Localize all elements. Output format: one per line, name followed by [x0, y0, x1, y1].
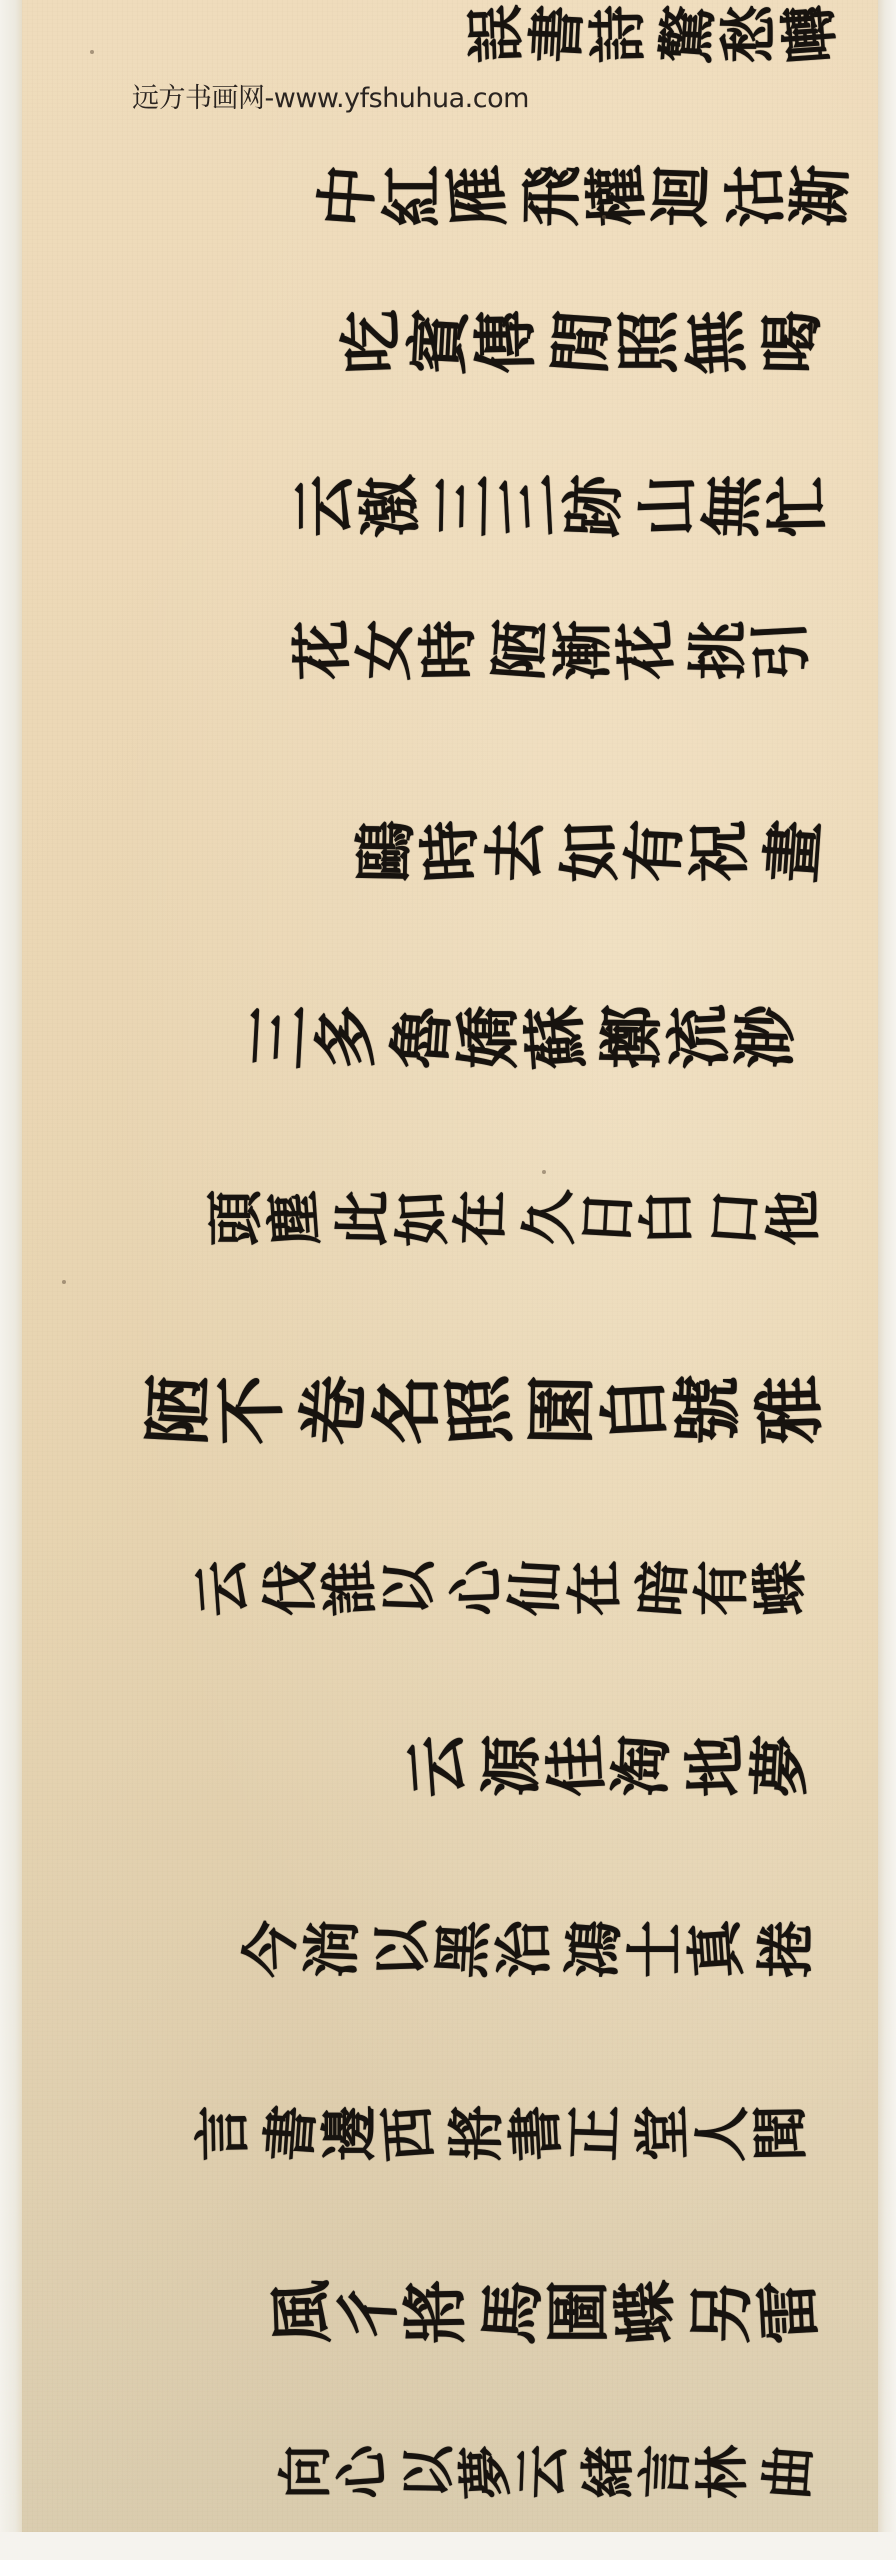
calligraphy-character: 治 — [494, 1920, 553, 1979]
calligraphy-line: 囀愁驚詩書誤 — [22, 0, 878, 78]
calligraphy-character: 時 — [418, 818, 483, 883]
calligraphy-character: 久 — [520, 1189, 578, 1247]
calligraphy-character: 捲 — [756, 1920, 815, 1979]
calligraphy-character: 喝 — [760, 309, 825, 374]
calligraphy-glyph-group: 渺流擲蘇嬌魯多三 — [248, 990, 802, 1084]
calligraphy-character: 花 — [292, 619, 354, 681]
calligraphy-line: 畫祝有如去時鷗 — [22, 805, 878, 897]
calligraphy-character: 云 — [193, 1558, 253, 1618]
calligraphy-character: 吃 — [340, 309, 406, 375]
calligraphy-character: 真 — [685, 1918, 747, 1980]
calligraphy-character: 照 — [618, 310, 682, 374]
calligraphy-glyph-group: 忙無山跡三三激云 — [294, 460, 832, 552]
calligraphy-character: 有 — [622, 818, 687, 883]
scroll-mount-bottom-border — [0, 2532, 896, 2560]
calligraphy-character: 源 — [480, 1735, 543, 1798]
calligraphy-character: 將 — [404, 2279, 469, 2344]
calligraphy-character: 淌 — [302, 1919, 362, 1979]
calligraphy-character: 地 — [684, 1734, 748, 1798]
calligraphy-character: 囀 — [779, 3, 841, 65]
calligraphy-character: 傳 — [474, 309, 539, 374]
calligraphy-line: 雷另蝶圖馬將彳風 — [22, 2265, 878, 2359]
calligraphy-character: 另 — [690, 2279, 755, 2344]
calligraphy-glyph-group: 他口白日久在如此塵頭 — [208, 1175, 822, 1261]
calligraphy-character: 蝶 — [751, 1558, 811, 1618]
calligraphy-character: 多 — [314, 1004, 379, 1069]
calligraphy-character: 園 — [526, 1374, 597, 1445]
calligraphy-character: 緒 — [580, 2444, 636, 2500]
calligraphy-character: 佳 — [544, 1733, 609, 1798]
calligraphy-character: 以 — [372, 1919, 432, 1979]
paper-speck — [62, 1280, 66, 1284]
calligraphy-character: 蝶 — [613, 2278, 681, 2346]
calligraphy-character: 如 — [393, 1189, 452, 1248]
calligraphy-character: 書 — [261, 2103, 321, 2163]
calligraphy-character: 時 — [418, 620, 479, 681]
calligraphy-character: 黑 — [432, 1919, 493, 1980]
calligraphy-line: 捲真士鴻治黑以淌今 — [22, 1905, 878, 1993]
calligraphy-character: 今 — [240, 1919, 301, 1980]
calligraphy-character: 陋 — [489, 618, 553, 682]
calligraphy-character: 云 — [294, 475, 356, 537]
calligraphy-character: 祝 — [688, 820, 751, 883]
calligraphy-character: 畫 — [761, 818, 827, 884]
calligraphy-character: 向 — [278, 2445, 332, 2499]
calligraphy-character: 三 — [246, 1003, 313, 1070]
calligraphy-character: 去 — [484, 819, 548, 883]
calligraphy-glyph-group: 聞人堂正書將西邊書言 — [198, 2090, 812, 2176]
calligraphy-line: 喝無照閒傳賓吃 — [22, 295, 878, 389]
calligraphy-glyph-group: 畫祝有如去時鷗 — [352, 805, 822, 897]
calligraphy-line: 聞人堂正書將西邊書言 — [22, 2090, 878, 2176]
calligraphy-character: 如 — [558, 819, 622, 883]
calligraphy-glyph-group: 囀愁驚詩書誤 — [464, 0, 842, 78]
calligraphy-character: 夢 — [748, 1733, 813, 1798]
calligraphy-character: 引 — [750, 618, 813, 681]
calligraphy-character: 人 — [693, 2104, 752, 2163]
calligraphy-character: 愁 — [720, 5, 778, 63]
calligraphy-line: 雅號自園照名卷不陋 — [22, 1360, 878, 1460]
calligraphy-character: 照 — [443, 1373, 518, 1448]
calligraphy-character: 有 — [694, 1560, 750, 1616]
calligraphy-character: 書 — [507, 2104, 566, 2163]
calligraphy-character: 將 — [449, 2105, 506, 2162]
calligraphy-character: 雁 — [445, 163, 511, 229]
calligraphy-line: 澌沽迴權飛雁紅中 — [22, 150, 878, 242]
calligraphy-line: 他口白日久在如此塵頭 — [22, 1175, 878, 1261]
calligraphy-character: 忙 — [766, 475, 829, 538]
calligraphy-character: 擲 — [600, 1004, 665, 1069]
calligraphy-character: 云 — [405, 1733, 471, 1799]
scroll-mount-right-border — [878, 0, 896, 2560]
calligraphy-character: 不 — [216, 1374, 287, 1445]
calligraphy-glyph-group: 雷另蝶圖馬將彳風 — [268, 2265, 822, 2359]
calligraphy-character: 無 — [683, 308, 751, 376]
calligraphy-character: 漸 — [554, 620, 614, 680]
calligraphy-character: 三 — [432, 475, 495, 538]
calligraphy-character: 賓 — [406, 308, 473, 375]
calligraphy-character: 心 — [448, 1559, 506, 1617]
calligraphy-character: 心 — [333, 2443, 391, 2501]
calligraphy-character: 在 — [452, 1189, 510, 1247]
calligraphy-character: 西 — [379, 2103, 439, 2163]
calligraphy-character: 夢 — [457, 2444, 514, 2501]
site-watermark: 远方书画网-www.yfshuhua.com — [132, 76, 529, 115]
calligraphy-character: 沽 — [724, 164, 788, 228]
calligraphy-character: 彳 — [336, 2278, 403, 2345]
calligraphy-character: 口 — [705, 1188, 765, 1248]
calligraphy-character: 在 — [567, 1560, 624, 1617]
calligraphy-character: 嬌 — [458, 1005, 522, 1069]
calligraphy-glyph-group: 夢地淘佳源云 — [410, 1720, 812, 1812]
calligraphy-character: 雷 — [756, 2278, 823, 2345]
calligraphy-character: 聞 — [753, 2105, 810, 2162]
calligraphy-character: 塵 — [265, 1188, 325, 1248]
calligraphy-glyph-group: 捲真士鴻治黑以淌今 — [242, 1905, 812, 1993]
calligraphy-character: 誤 — [466, 4, 526, 64]
calligraphy-character: 挑 — [688, 620, 749, 681]
calligraphy-character: 閒 — [549, 308, 617, 376]
calligraphy-character: 驚 — [657, 3, 719, 65]
calligraphy-character: 陋 — [142, 1373, 216, 1447]
calligraphy-glyph-group: 曲林言緒云夢以心向 — [278, 2430, 812, 2514]
calligraphy-line: 夢地淘佳源云 — [22, 1720, 878, 1812]
calligraphy-character: 伐 — [263, 1560, 320, 1617]
calligraphy-glyph-group: 喝無照閒傳賓吃 — [338, 295, 822, 389]
calligraphy-character: 紅 — [382, 165, 444, 227]
calligraphy-character: 邊 — [322, 2105, 378, 2161]
calligraphy-character: 正 — [566, 2104, 624, 2162]
calligraphy-character: 卷 — [297, 1373, 372, 1448]
calligraphy-character: 士 — [626, 1920, 684, 1978]
calligraphy-line: 引挑花漸陋時女花 — [22, 605, 878, 695]
calligraphy-line: 渺流擲蘇嬌魯多三 — [22, 990, 878, 1084]
calligraphy-character: 魯 — [389, 1003, 457, 1071]
calligraphy-paper: 囀愁驚詩書誤澌沽迴權飛雁紅中喝無照閒傳賓吃忙無山跡三三激云引挑花漸陋時女花畫祝有… — [22, 0, 878, 2532]
calligraphy-character: 白 — [639, 1190, 696, 1247]
calligraphy-character: 跡 — [562, 474, 626, 538]
calligraphy-character: 名 — [372, 1375, 442, 1445]
calligraphy-glyph-group: 引挑花漸陋時女花 — [290, 605, 812, 695]
calligraphy-character: 權 — [584, 163, 649, 228]
calligraphy-character: 林 — [695, 2445, 750, 2500]
calligraphy-character: 流 — [666, 1003, 733, 1070]
calligraphy-character: 三 — [496, 473, 561, 538]
calligraphy-character: 頭 — [208, 1190, 264, 1246]
calligraphy-character: 圖 — [548, 2280, 612, 2344]
calligraphy-character: 迴 — [650, 164, 714, 228]
calligraphy-glyph-group: 澌沽迴權飛雁紅中 — [314, 150, 852, 242]
calligraphy-character: 飛 — [520, 165, 583, 228]
calligraphy-character: 激 — [357, 473, 423, 539]
calligraphy-character: 堂 — [634, 2104, 692, 2162]
calligraphy-glyph-group: 雅號自園照名卷不陋 — [144, 1360, 822, 1460]
calligraphy-character: 無 — [700, 473, 765, 538]
calligraphy-character: 淘 — [610, 1734, 674, 1798]
calligraphy-character: 仙 — [507, 1559, 566, 1618]
calligraphy-character: 暗 — [633, 1558, 693, 1618]
calligraphy-character: 詩 — [588, 5, 647, 64]
paper-speck — [90, 50, 94, 54]
calligraphy-character: 曲 — [759, 2443, 817, 2501]
calligraphy-character: 山 — [636, 474, 700, 538]
calligraphy-glyph-group: 蝶有暗在仙心以誰伐云 — [198, 1545, 812, 1631]
calligraphy-character: 蘇 — [523, 1003, 591, 1071]
scroll-mount-left-border — [0, 0, 22, 2560]
calligraphy-character: 書 — [526, 4, 587, 65]
calligraphy-character: 風 — [270, 2279, 336, 2345]
calligraphy-character: 云 — [514, 2444, 570, 2500]
calligraphy-character: 此 — [335, 1190, 392, 1247]
calligraphy-character: 澌 — [788, 163, 853, 228]
calligraphy-character: 言 — [637, 2444, 694, 2501]
calligraphy-character: 他 — [766, 1190, 822, 1246]
calligraphy-line: 曲林言緒云夢以心向 — [22, 2430, 878, 2514]
calligraphy-character: 誰 — [321, 1559, 380, 1618]
calligraphy-character: 號 — [672, 1374, 744, 1446]
paper-speck — [542, 1170, 546, 1174]
calligraphy-character: 渺 — [734, 1004, 800, 1070]
calligraphy-character: 鷗 — [354, 820, 417, 883]
calligraphy-character: 中 — [315, 163, 381, 229]
calligraphy-line: 忙無山跡三三激云 — [22, 460, 878, 552]
calligraphy-character: 女 — [354, 618, 417, 681]
calligraphy-character: 雅 — [754, 1374, 826, 1446]
calligraphy-character: 言 — [195, 2105, 252, 2162]
calligraphy-character: 馬 — [479, 2278, 547, 2346]
calligraphy-line: 蝶有暗在仙心以誰伐云 — [22, 1545, 878, 1631]
calligraphy-character: 以 — [401, 2445, 456, 2500]
calligraphy-character: 花 — [615, 618, 679, 682]
calligraphy-character: 日 — [579, 1189, 638, 1248]
paper-speck — [602, 215, 606, 219]
calligraphy-character: 自 — [598, 1373, 672, 1447]
calligraphy-character: 鴻 — [563, 1918, 625, 1980]
calligraphy-character: 以 — [380, 1559, 438, 1617]
